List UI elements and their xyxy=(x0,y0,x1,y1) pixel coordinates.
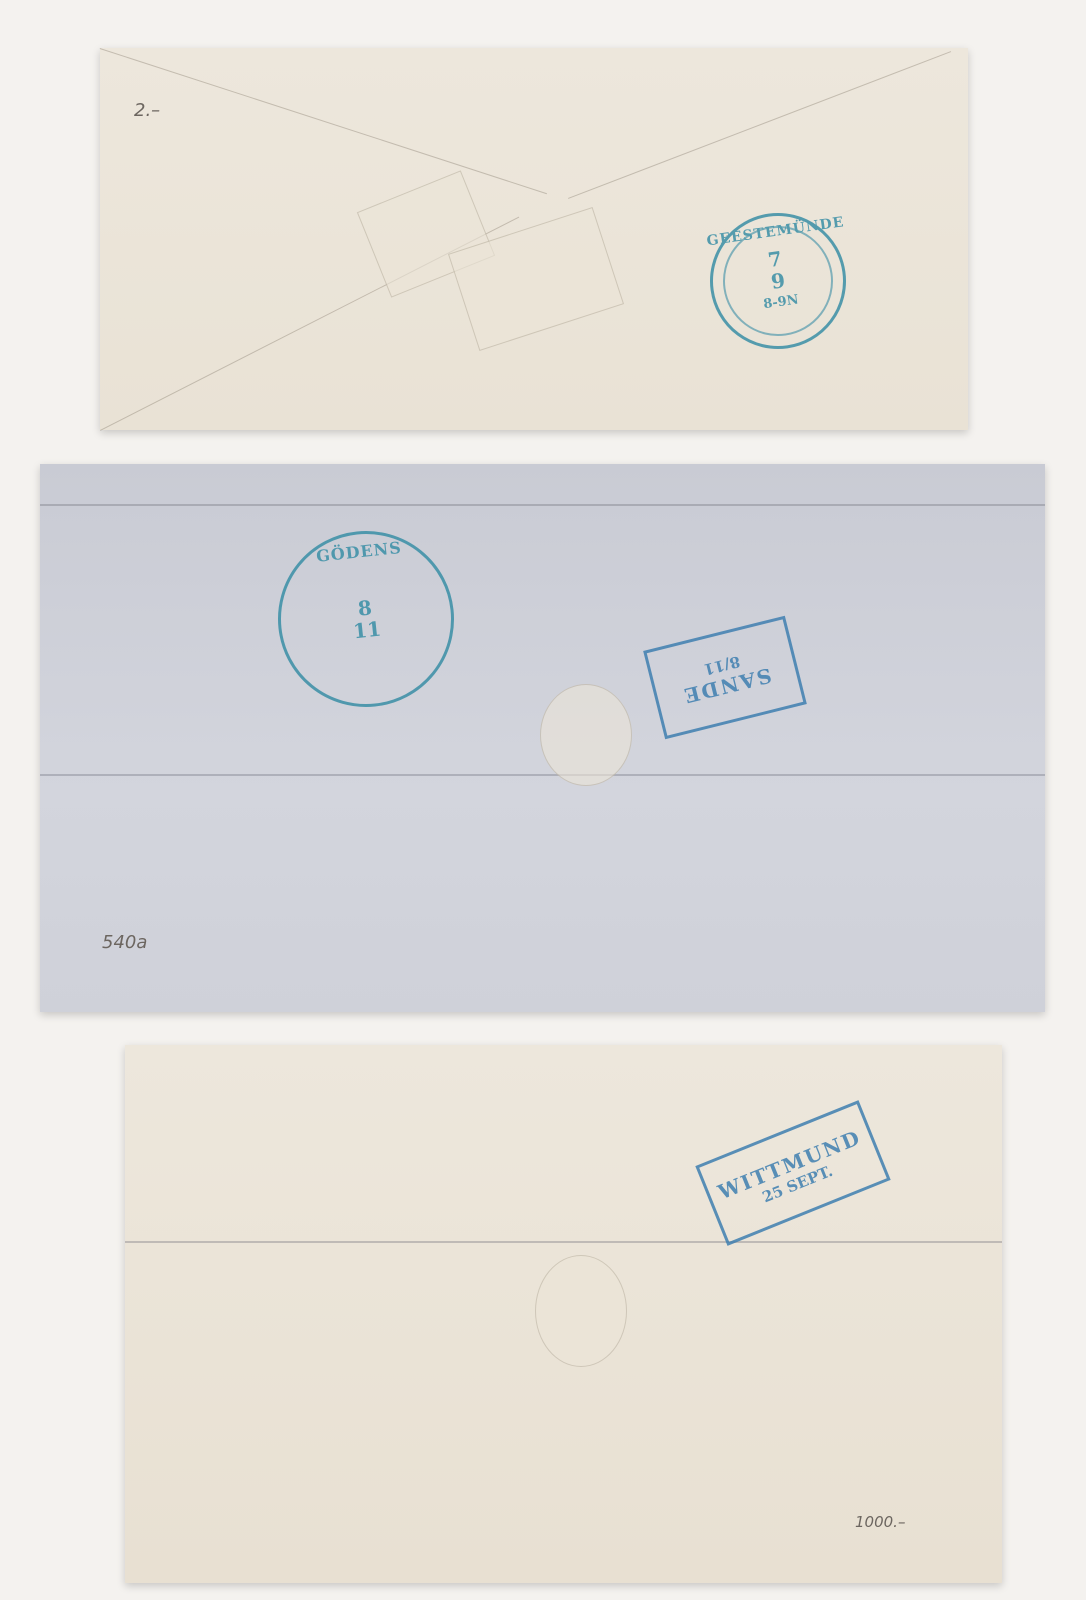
fold-line xyxy=(125,1241,1002,1243)
pencil-note: 2.– xyxy=(134,100,160,121)
flap-edge-right xyxy=(568,51,951,199)
box-stamp: WITTMUND 25 SEPT. xyxy=(695,1100,890,1246)
cover-3-folded-letter: WITTMUND 25 SEPT. 1000.– xyxy=(125,1045,1002,1583)
pencil-note: 540a xyxy=(102,932,147,953)
pencil-note: 1000.– xyxy=(855,1513,905,1531)
fold-line xyxy=(40,504,1045,506)
seal-remnant xyxy=(535,1255,627,1367)
fold-line xyxy=(40,774,1045,776)
box-stamp: SANDE 8/11 xyxy=(643,616,807,740)
cover-1-envelope: 2.– GEESTEMÜNDE 7 9 8-9N xyxy=(100,48,968,430)
cover-2-folded-letter: GÖDENS 8 11 SANDE 8/11 540a xyxy=(40,464,1045,1012)
postmark-circular: GEESTEMÜNDE 7 9 8-9N xyxy=(701,204,855,358)
postmark-town: GÖDENS xyxy=(273,534,444,571)
seal-remnant xyxy=(540,684,632,786)
postmark-circular: GÖDENS 8 11 xyxy=(269,522,462,715)
flap-edge-left xyxy=(100,48,547,194)
